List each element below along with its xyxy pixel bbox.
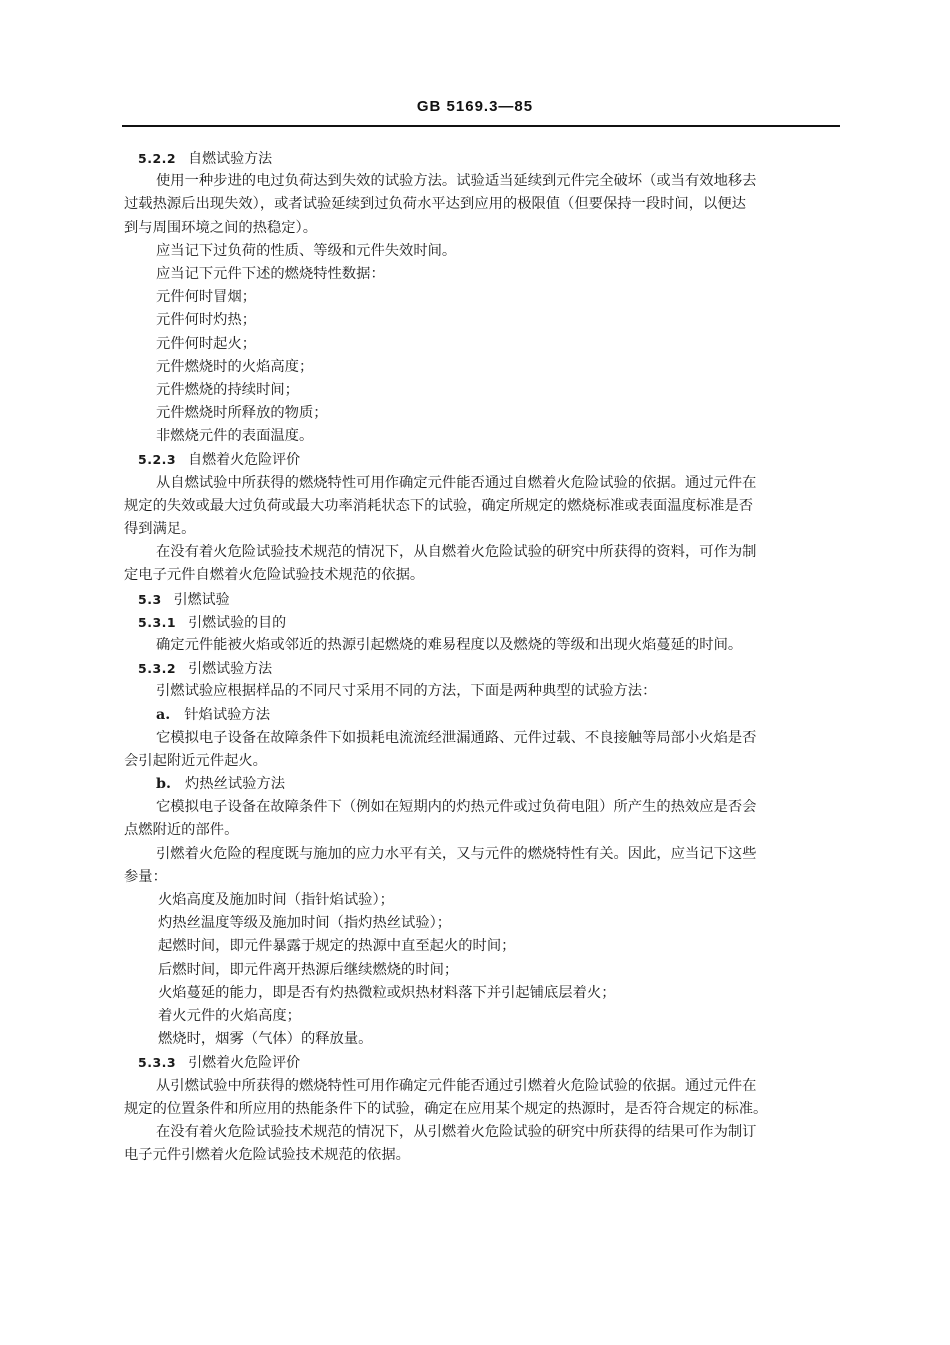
paragraph-line: 在没有着火危险试验技术规范的情况下，从引燃着火危险试验的研究中所获得的结果可作为… bbox=[124, 1121, 842, 1144]
paragraph-line: 从自燃试验中所获得的燃烧特性可用作确定元件能否通过自燃着火危险试验的依据。通过元… bbox=[124, 472, 842, 495]
paragraph: 应当记下过负荷的性质、等级和元件失效时间。 bbox=[124, 240, 842, 263]
paragraph-line: 到与周围环境之间的热稳定）。 bbox=[124, 217, 842, 240]
paragraph: 确定元件能被火焰或邻近的热源引起燃烧的难易程度以及燃烧的等级和出现火焰蔓延的时间… bbox=[124, 634, 842, 657]
list-item: 燃烧时，烟雾（气体）的释放量。 bbox=[124, 1028, 842, 1051]
subsection-label: a. bbox=[156, 707, 170, 723]
section-heading-5-3-1: 5.3.1引燃试验的目的 bbox=[124, 611, 842, 634]
section-title: 引燃试验 bbox=[174, 592, 230, 608]
paragraph-line: 从引燃试验中所获得的燃烧特性可用作确定元件能否通过引燃着火危险试验的依据。通过元… bbox=[124, 1075, 842, 1098]
subsection-title: 针焰试验方法 bbox=[184, 707, 270, 723]
document-page: GB 5169.3—85 5.2.2自燃试验方法 使用一种步进的电过负荷达到失效… bbox=[0, 0, 950, 1345]
section-number: 5.3 bbox=[138, 588, 162, 611]
document-code-header: GB 5169.3—85 bbox=[0, 98, 950, 115]
paragraph-line: 得到满足。 bbox=[124, 518, 842, 541]
paragraph-line: 过载热源后出现失效），或者试验延续到过负荷水平达到应用的极限值（但要保持一段时间… bbox=[124, 193, 842, 216]
subsection-heading-b: b.灼热丝试验方法 bbox=[124, 773, 842, 796]
paragraph-line: 电子元件引燃着火危险试验技术规范的依据。 bbox=[124, 1144, 842, 1167]
list-item: 元件何时灼热； bbox=[124, 309, 842, 332]
paragraph-line: 会引起附近元件起火。 bbox=[124, 750, 842, 773]
list-item: 元件燃烧时所释放的物质； bbox=[124, 402, 842, 425]
document-body: 5.2.2自燃试验方法 使用一种步进的电过负荷达到失效的试验方法。试验适当延续到… bbox=[124, 147, 842, 1167]
list-item: 起燃时间，即元件暴露于规定的热源中直至起火的时间； bbox=[124, 935, 842, 958]
paragraph: 引燃试验应根据样品的不同尺寸采用不同的方法，下面是两种典型的试验方法： bbox=[124, 680, 842, 703]
list-item: 元件何时起火； bbox=[124, 333, 842, 356]
paragraph-line: 参量： bbox=[124, 866, 842, 889]
list-item: 元件燃烧时的火焰高度； bbox=[124, 356, 842, 379]
list-item: 非燃烧元件的表面温度。 bbox=[124, 425, 842, 448]
paragraph-line: 规定的位置条件和所应用的热能条件下的试验，确定在应用某个规定的热源时，是否符合规… bbox=[124, 1098, 842, 1121]
list-item: 元件燃烧的持续时间； bbox=[124, 379, 842, 402]
section-title: 引燃试验的目的 bbox=[188, 615, 286, 631]
list-item: 火焰蔓延的能力，即是否有灼热微粒或炽热材料落下并引起铺底层着火； bbox=[124, 982, 842, 1005]
paragraph: 应当记下元件下述的燃烧特性数据： bbox=[124, 263, 842, 286]
paragraph-line: 规定的失效或最大过负荷或最大功率消耗状态下的试验，确定所规定的燃烧标准或表面温度… bbox=[124, 495, 842, 518]
list-item: 着火元件的火焰高度； bbox=[124, 1005, 842, 1028]
section-title: 自燃试验方法 bbox=[188, 151, 272, 167]
section-number: 5.3.3 bbox=[138, 1051, 176, 1074]
subsection-title: 灼热丝试验方法 bbox=[185, 776, 285, 792]
list-item: 后燃时间，即元件离开热源后继续燃烧的时间； bbox=[124, 959, 842, 982]
section-heading-5-3: 5.3引燃试验 bbox=[124, 588, 842, 611]
subsection-heading-a: a.针焰试验方法 bbox=[124, 704, 842, 727]
paragraph-line: 点燃附近的部件。 bbox=[124, 819, 842, 842]
paragraph-line: 使用一种步进的电过负荷达到失效的试验方法。试验适当延续到元件完全破坏（或当有效地… bbox=[124, 170, 842, 193]
subsection-label: b. bbox=[156, 776, 171, 792]
section-number: 5.2.3 bbox=[138, 448, 176, 471]
list-item: 火焰高度及施加时间（指针焰试验）； bbox=[124, 889, 842, 912]
header-divider bbox=[122, 125, 840, 127]
section-heading-5-2-3: 5.2.3自燃着火危险评价 bbox=[124, 448, 842, 471]
paragraph-line: 定电子元件自燃着火危险试验技术规范的依据。 bbox=[124, 564, 842, 587]
section-title: 自燃着火危险评价 bbox=[188, 452, 300, 468]
paragraph-line: 在没有着火危险试验技术规范的情况下，从自燃着火危险试验的研究中所获得的资料，可作… bbox=[124, 541, 842, 564]
list-item: 元件何时冒烟； bbox=[124, 286, 842, 309]
paragraph-line: 引燃着火危险的程度既与施加的应力水平有关，又与元件的燃烧特性有关。因此，应当记下… bbox=[124, 843, 842, 866]
section-number: 5.3.1 bbox=[138, 611, 176, 634]
section-number: 5.2.2 bbox=[138, 147, 176, 170]
section-title: 引燃着火危险评价 bbox=[188, 1055, 300, 1071]
paragraph-line: 它模拟电子设备在故障条件下（例如在短期内的灼热元件或过负荷电阻）所产生的热效应是… bbox=[124, 796, 842, 819]
section-heading-5-2-2: 5.2.2自燃试验方法 bbox=[124, 147, 842, 170]
section-heading-5-3-3: 5.3.3引燃着火危险评价 bbox=[124, 1051, 842, 1074]
paragraph-line: 它模拟电子设备在故障条件下如损耗电流流经泄漏通路、元件过载、不良接触等局部小火焰… bbox=[124, 727, 842, 750]
section-title: 引燃试验方法 bbox=[188, 661, 272, 677]
section-number: 5.3.2 bbox=[138, 657, 176, 680]
list-item: 灼热丝温度等级及施加时间（指灼热丝试验）； bbox=[124, 912, 842, 935]
section-heading-5-3-2: 5.3.2引燃试验方法 bbox=[124, 657, 842, 680]
